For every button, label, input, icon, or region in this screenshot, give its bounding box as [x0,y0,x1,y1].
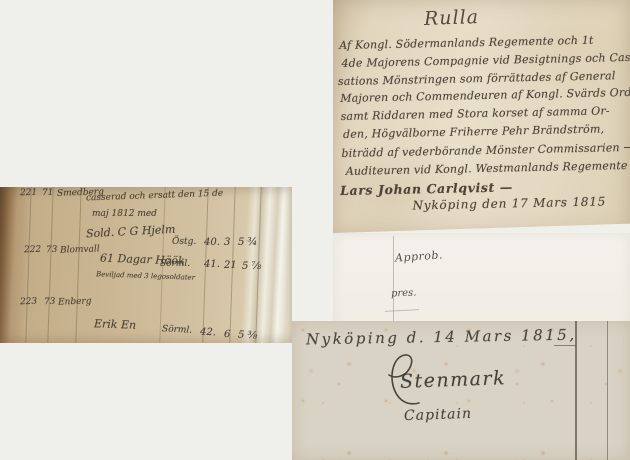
ledger-number-cell: 5 ¾ [238,237,257,248]
ledger-row-group: 73 [46,245,58,255]
ledger-number-cell: 5 ⅞ [242,261,261,272]
attest-rank: Capitain [404,406,472,424]
attest-signature: Stenmark [400,367,507,393]
ledger-column-rule [25,187,31,343]
ledger-number-cell: 42. [200,327,216,339]
attestation-page: Nyköping d. 14 Mars 1815, Stenmark Capit… [292,321,630,460]
rulla-line: 4de Majorens Compagnie vid Besigtnings o… [341,51,630,70]
rulla-line: biträdd af vederbörande Mönster Commissa… [341,141,630,160]
ledger-row-number: 222 [24,245,42,256]
ledger-origin: Sörml. [162,324,193,336]
ledger-number-cell: 3 [224,237,230,248]
rulla-title: Rulla [424,6,480,30]
ledger-column-rule [75,187,81,343]
ledger-column-rule [47,187,53,343]
ledger-origin: Östg. [172,237,196,247]
ledger-number-cell: 40. [204,237,220,248]
ledger-row-name: Enberg [58,296,92,307]
ledger-row-number: 223 [20,297,38,308]
attest-date-line: Nyköping d. 14 Mars 1815, [306,326,577,349]
rulla-line: Majoren och Commendeuren af Kongl. Svärd… [340,86,630,105]
margin-rule [393,236,394,333]
rulla-line: Auditeuren vid Kongl. Westmanlands Regem… [346,159,628,178]
ledger-row-number: 221 [20,188,38,199]
rulla-text-block: Af Kongl. Södermanlands Regemente och 1t… [337,31,630,233]
ledger-page: 221 71 Smedberg casserad och ersatt den … [0,187,292,343]
bracket-rule [554,345,576,346]
rulla-line: Af Kongl. Södermanlands Regemente och 1t [339,34,594,52]
ledger-note: maj 1812 med [92,209,157,219]
ledger-note: Beviljad med 3 legosoldater [96,270,195,281]
rulla-line: den, Högvälborne Friherre Pehr Brändströ… [343,122,604,140]
ledger-row-group: 73 [44,297,56,307]
approval-note: Approb. [395,248,444,264]
document-collage: Rulla Af Kongl. Södermanlands Regemente … [0,0,630,460]
stray-pen-mark [385,306,419,312]
ledger-row-name: Blomvall [60,244,100,255]
ledger-number-cell: 6 [224,329,231,340]
rulla-signature-line: Lars Johan Carlqvist — [340,179,513,198]
ledger-number-cell: 21 [224,260,237,271]
muster-roll-page: Rulla Af Kongl. Södermanlands Regemente … [333,0,630,233]
rulla-line: samt Riddaren med Stora korset af samma … [341,104,610,123]
presence-note: pres. [391,288,417,300]
ledger-number-cell: 41. [204,259,220,270]
ledger-number-cell: 5 ⅜ [238,330,258,342]
ledger-row-group: 71 [42,188,54,198]
rulla-date-line: Nyköping den 17 Mars 1815 [412,194,606,212]
ledger-origin: Sörml. [160,259,190,269]
approval-page: Approb. pres. [333,233,630,333]
rulla-line: sations Mönstringen som förrättades af G… [338,69,616,88]
ledger-entry: Erik En [94,317,137,331]
margin-rule [607,321,608,460]
ledger-note: casserad och ersatt den 15 de [86,189,223,204]
